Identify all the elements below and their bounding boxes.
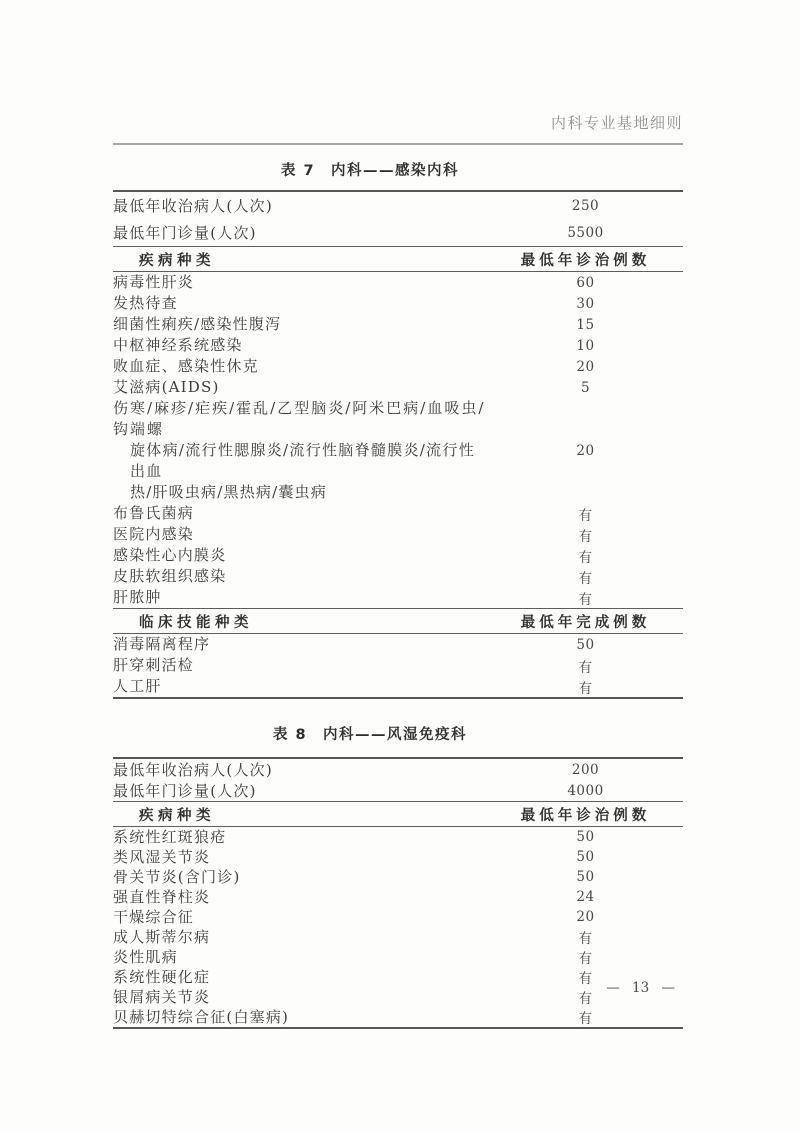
table-row: 系统性红斑狼疮50 xyxy=(113,827,683,847)
case-count: 有 xyxy=(488,546,683,566)
tables-container: 表 7 内科——感染内科最低年收治病人(人次)250最低年门诊量(人次)5500… xyxy=(113,159,683,1029)
table-row: 消毒隔离程序50 xyxy=(113,634,683,655)
table-row: 艾滋病(AIDS)5 xyxy=(113,377,683,398)
disease-name: 肝脓肿 xyxy=(113,587,488,608)
case-count: 有 xyxy=(488,656,683,676)
table-row: 炎性肌病有 xyxy=(113,947,683,967)
disease-name: 强直性脊柱炎 xyxy=(113,887,488,907)
section-rows: 消毒隔离程序50肝穿刺活检有人工肝有 xyxy=(113,634,683,697)
disease-name: 银屑病关节炎 xyxy=(113,987,488,1007)
table-row: 医院内感染有 xyxy=(113,524,683,545)
disease-name: 伤寒/麻疹/疟疾/霍乱/乙型脑炎/阿米巴病/血吸虫/钩端螺旋体病/流行性腮腺炎/… xyxy=(113,398,488,503)
summary-label: 最低年门诊量(人次) xyxy=(113,222,488,243)
table-row: 布鲁氏菌病有 xyxy=(113,503,683,524)
summary-row: 最低年收治病人(人次)200 xyxy=(113,759,683,780)
summary-value: 5500 xyxy=(488,225,683,241)
table-row: 强直性脊柱炎24 xyxy=(113,887,683,907)
table-row: 银屑病关节炎有 xyxy=(113,987,683,1007)
table-row: 伤寒/麻疹/疟疾/霍乱/乙型脑炎/阿米巴病/血吸虫/钩端螺旋体病/流行性腮腺炎/… xyxy=(113,398,683,503)
table-row: 细菌性痢疾/感染性腹泻15 xyxy=(113,314,683,335)
table-grid: 最低年收治病人(人次)200最低年门诊量(人次)4000疾病种类最低年诊治例数系… xyxy=(113,757,683,1029)
table-row: 骨关节炎(含门诊)50 xyxy=(113,867,683,887)
case-count: 20 xyxy=(488,909,683,925)
table-row: 感染性心内膜炎有 xyxy=(113,545,683,566)
table-row: 贝赫切特综合征(白塞病)有 xyxy=(113,1007,683,1027)
case-count: 有 xyxy=(488,588,683,608)
case-count: 有 xyxy=(488,504,683,524)
section-header-row: 疾病种类最低年诊治例数 xyxy=(113,802,683,826)
table-row: 败血症、感染性休克20 xyxy=(113,356,683,377)
case-count: 有 xyxy=(488,1007,683,1027)
table: 表 8 内科——风湿免疫科最低年收治病人(人次)200最低年门诊量(人次)400… xyxy=(113,723,683,1029)
disease-name-line: 热/肝吸虫病/黑热病/囊虫病 xyxy=(113,482,488,503)
table-row: 干燥综合征20 xyxy=(113,907,683,927)
disease-name: 艾滋病(AIDS) xyxy=(113,377,488,398)
case-count: 有 xyxy=(488,567,683,587)
page-content: 内科专业基地细则 表 7 内科——感染内科最低年收治病人(人次)250最低年门诊… xyxy=(113,0,683,1029)
disease-name: 成人斯蒂尔病 xyxy=(113,927,488,947)
disease-name: 炎性肌病 xyxy=(113,947,488,967)
table-row: 人工肝有 xyxy=(113,676,683,697)
case-count: 20 xyxy=(488,443,683,459)
table-grid: 最低年收治病人(人次)250最低年门诊量(人次)5500疾病种类最低年诊治例数病… xyxy=(113,190,683,699)
disease-name: 细菌性痢疾/感染性腹泻 xyxy=(113,314,488,335)
table-row: 类风湿关节炎50 xyxy=(113,847,683,867)
disease-name: 发热待查 xyxy=(113,293,488,314)
table: 表 7 内科——感染内科最低年收治病人(人次)250最低年门诊量(人次)5500… xyxy=(113,159,683,699)
case-count: 有 xyxy=(488,525,683,545)
disease-name: 败血症、感染性休克 xyxy=(113,356,488,377)
summary-row: 最低年门诊量(人次)4000 xyxy=(113,780,683,801)
case-count: 24 xyxy=(488,889,683,905)
page-number: — 13 — xyxy=(606,980,675,996)
summary-label: 最低年收治病人(人次) xyxy=(113,759,488,780)
disease-name: 骨关节炎(含门诊) xyxy=(113,867,488,887)
case-count: 50 xyxy=(488,829,683,845)
case-count: 50 xyxy=(488,849,683,865)
disease-name: 系统性硬化症 xyxy=(113,967,488,987)
table-row: 肝脓肿有 xyxy=(113,587,683,608)
section-header-row: 临床技能种类最低年完成例数 xyxy=(113,609,683,633)
table-row: 病毒性肝炎60 xyxy=(113,272,683,293)
table-row: 成人斯蒂尔病有 xyxy=(113,927,683,947)
disease-name: 肝穿刺活检 xyxy=(113,655,488,676)
section-count-label: 最低年诊治例数 xyxy=(488,804,683,825)
table-row: 系统性硬化症有 xyxy=(113,967,683,987)
case-count: 有 xyxy=(488,947,683,967)
section-rows: 系统性红斑狼疮50类风湿关节炎50骨关节炎(含门诊)50强直性脊柱炎24干燥综合… xyxy=(113,827,683,1027)
table-row: 皮肤软组织感染有 xyxy=(113,566,683,587)
section-category-label: 疾病种类 xyxy=(113,249,488,270)
summary-value: 250 xyxy=(488,198,683,214)
summary-row: 最低年收治病人(人次)250 xyxy=(113,192,683,219)
case-count: 有 xyxy=(488,927,683,947)
summary-value: 200 xyxy=(488,762,683,778)
section-category-label: 临床技能种类 xyxy=(113,611,488,632)
disease-name: 病毒性肝炎 xyxy=(113,272,488,293)
running-header: 内科专业基地细则 xyxy=(113,0,683,133)
disease-name-line: 旋体病/流行性腮腺炎/流行性脑脊髓膜炎/流行性出血 xyxy=(113,440,488,482)
summary-value: 4000 xyxy=(488,783,683,799)
disease-name: 皮肤软组织感染 xyxy=(113,566,488,587)
disease-name: 干燥综合征 xyxy=(113,907,488,927)
summary-label: 最低年收治病人(人次) xyxy=(113,195,488,216)
table-row: 肝穿刺活检有 xyxy=(113,655,683,676)
section-count-label: 最低年诊治例数 xyxy=(488,249,683,270)
case-count: 50 xyxy=(488,637,683,653)
disease-name-line: 伤寒/麻疹/疟疾/霍乱/乙型脑炎/阿米巴病/血吸虫/钩端螺 xyxy=(113,398,488,440)
disease-name: 人工肝 xyxy=(113,676,488,697)
summary-label: 最低年门诊量(人次) xyxy=(113,780,488,801)
case-count: 50 xyxy=(488,869,683,885)
case-count: 20 xyxy=(488,359,683,375)
table-row: 发热待查30 xyxy=(113,293,683,314)
case-count: 60 xyxy=(488,275,683,291)
table-title: 表 8 内科——风湿免疫科 xyxy=(113,723,627,744)
case-count: 30 xyxy=(488,296,683,312)
case-count: 有 xyxy=(488,677,683,697)
section-category-label: 疾病种类 xyxy=(113,804,488,825)
disease-name: 中枢神经系统感染 xyxy=(113,335,488,356)
disease-name: 感染性心内膜炎 xyxy=(113,545,488,566)
case-count: 15 xyxy=(488,317,683,333)
table-row: 中枢神经系统感染10 xyxy=(113,335,683,356)
disease-name: 消毒隔离程序 xyxy=(113,634,488,655)
disease-name: 医院内感染 xyxy=(113,524,488,545)
disease-name: 贝赫切特综合征(白塞病) xyxy=(113,1007,488,1027)
disease-name: 类风湿关节炎 xyxy=(113,847,488,867)
case-count: 5 xyxy=(488,380,683,396)
disease-name: 布鲁氏菌病 xyxy=(113,503,488,524)
section-count-label: 最低年完成例数 xyxy=(488,611,683,632)
case-count: 10 xyxy=(488,338,683,354)
header-rule xyxy=(113,143,683,145)
section-header-row: 疾病种类最低年诊治例数 xyxy=(113,247,683,271)
table-title: 表 7 内科——感染内科 xyxy=(113,159,627,180)
section-rows: 病毒性肝炎60发热待查30细菌性痢疾/感染性腹泻15中枢神经系统感染10败血症、… xyxy=(113,272,683,608)
disease-name: 系统性红斑狼疮 xyxy=(113,827,488,847)
document-page: 内科专业基地细则 表 7 内科——感染内科最低年收治病人(人次)250最低年门诊… xyxy=(0,0,800,1131)
summary-row: 最低年门诊量(人次)5500 xyxy=(113,219,683,246)
